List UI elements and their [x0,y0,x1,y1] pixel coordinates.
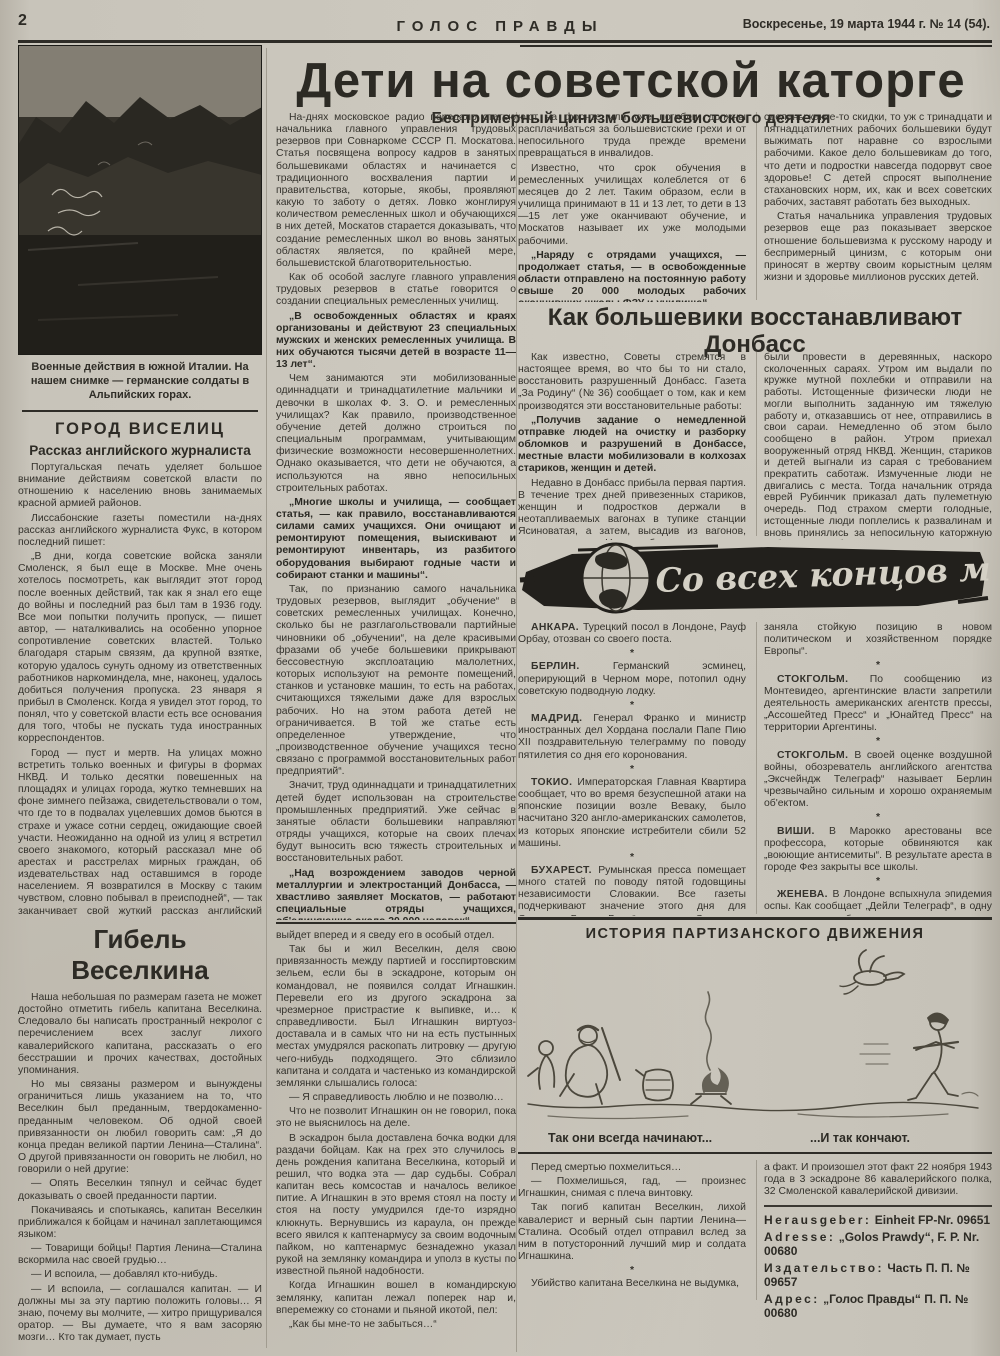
news-item: БЕРЛИН. Германский эсминец, оперирующий … [518,661,746,697]
donbass-title-line1: Как большевики восстанавливают [518,304,992,331]
news-item: МАДРИД. Генерал Франко и министр иностра… [518,713,746,762]
separator-star: * [518,1265,746,1277]
paragraph: юют на фронте или уже погибли, должны ра… [518,112,746,161]
paragraph: Так погиб капитан Веселкин, лихой кавале… [518,1202,746,1263]
page-number: 2 [18,12,27,30]
paragraph: были провести в деревянных, наскоро скол… [764,352,992,540]
paragraph: Чем занимаются эти мобилизованные одинна… [276,373,516,495]
cartoon-bottom-rule [518,1152,992,1154]
paragraph: Статья начальника управления трудовых ре… [764,211,992,284]
separator-star: * [764,736,992,748]
caption-rule [22,410,258,412]
paragraph: В эскадрон была доставлена бочка водки д… [276,1133,516,1279]
globe-icon [582,544,650,612]
imprint-rule [764,1205,992,1207]
deti-article-col-b: юют на фронте или уже погибли, должны ра… [518,112,746,302]
paragraph: а факт. И произошел этот факт 22 ноября … [764,1162,992,1198]
imprint-line: Адрес: „Голос Правды“ П. П. № 00680 [764,1292,992,1320]
news-item: ВИШИ. В Марокко арестованы все профессор… [764,826,992,875]
masthead-rule [18,40,992,43]
cartoon-title: ИСТОРИЯ ПАРТИЗАНСКОГО ДВИЖЕНИЯ [518,926,992,942]
news-item: СТОКГОЛЬМ. В своей оценке воздушной войн… [764,750,992,811]
paragraph: Как известно, Советы стремятся в настоящ… [518,352,746,413]
separator-star: * [764,660,992,672]
gorod-subtitle: Рассказ английского журналиста [18,443,262,458]
ending-col-b: а факт. И произошел этот факт 22 ноября … [764,1162,992,1352]
donbass-article: Как известно, Советы стремятся в настоящ… [518,352,992,540]
paragraph: заняла стойкую позицию в новом политичес… [764,622,992,658]
goose-icon [840,950,904,994]
column-rule [516,112,517,1352]
paragraph: „Многие школы и училища, — сообщает стат… [276,497,516,582]
imprint: Herausgeber: Einheit FP-Nr. 09651Adresse… [764,1213,992,1320]
gorod-article: Португальская печать уделяет большое вни… [18,462,262,918]
paragraph: Как об особой заслуге главного управлени… [276,272,516,308]
paragraph: Так, по признанию самого начальника труд… [276,584,516,779]
paragraph: Убийство капитана Веселкина не выдумка, [518,1278,746,1290]
ending-col-b-text: а факт. И произошел этот факт 22 ноября … [764,1162,992,1200]
gibel-title-line1: Гибель [18,924,262,955]
world-news-col-a: АНКАРА. Турецкий посол в Лондоне, Рауф О… [518,622,746,916]
gibel-article-col2: выйдет вперед и я сведу его в особый отд… [276,930,516,1354]
col-a-end-rule [276,922,516,924]
paragraph: Так бы и жил Веселкин, деля свою привяза… [276,944,516,1090]
gibel-title: Гибель Веселкина [18,924,262,986]
photo-italy [18,45,262,355]
world-news-banner: Со всех концов мира [518,540,992,618]
separator-star: * [518,852,746,864]
paragraph: Но мы связаны размером и вынуждены огран… [18,1079,262,1176]
donbass-col-b: были провести в деревянных, наскоро скол… [764,352,992,540]
separator-star: * [764,876,992,888]
newspaper-title: ГОЛОС ПРАВДЫ [300,18,700,35]
news-item: СТОКГОЛЬМ. По сообщению из Монтевидео, а… [764,674,992,735]
paragraph: — Похмелишься, гад, — произнес Игнашкин,… [518,1176,746,1200]
paragraph: Перед смертью похмелиться… [518,1162,746,1174]
paragraph: Португальская печать уделяет большое вни… [18,462,262,511]
paragraph: Известно, что срок обучения в ремесленны… [518,163,746,248]
paragraph: „Получив задание о немедленной отправке … [518,415,746,476]
newspaper-page: 2 ГОЛОС ПРАВДЫ Воскресенье, 19 марта 194… [0,0,1000,1356]
cartoon-drawing [518,944,992,1128]
world-news: АНКАРА. Турецкий посол в Лондоне, Рауф О… [518,622,992,916]
paragraph: — Опять Веселкин тяпнул и сейчас будет д… [18,1178,262,1202]
column-rule [266,48,267,1348]
news-item: ЖЕНЕВА. В Лондоне вспыхнула эпидемия осп… [764,889,992,916]
imprint-line: Herausgeber: Einheit FP-Nr. 09651 [764,1213,992,1227]
main-headline: Дети на советской каторге [270,56,992,106]
world-news-banner-art: Со всех концов мира [518,540,992,618]
paragraph: „В освобожденных областях и краях органи… [276,311,516,372]
world-news-col-b: заняла стойкую позицию в новом политичес… [764,622,992,916]
paragraph: — Я справедливость люблю и не позволю… [276,1092,516,1104]
paragraph: Лиссабонские газеты поместили на-днях ра… [18,513,262,549]
paragraph: Город — пуст и мертв. На улицах можно вс… [18,748,262,918]
separator-star: * [518,648,746,660]
paragraph: Недавно в Донбасс прибыла первая партия.… [518,478,746,540]
deti-continuation: юют на фронте или уже погибли, должны ра… [518,112,992,302]
ending-section: Перед смертью похмелиться…— Похмелишься,… [518,1162,992,1352]
gibel-article-col1: Наша небольшая по размерам газета не мож… [18,992,262,1352]
paragraph: Когда Игнашкин вошел в командирскую земл… [276,1280,516,1316]
paragraph: „В дни, когда советские войска заняли См… [18,551,262,746]
paragraph: „Наряду с отрядами учащихся, — продолжае… [518,250,746,302]
imprint-line: Adresse: „Golos Prawdy“, F. P. Nr. 00680 [764,1230,992,1258]
paragraph: — Товарищи бойцы! Партия Ленина—Сталина … [18,1243,262,1267]
separator-star: * [518,764,746,776]
donbass-col-a: Как известно, Советы стремятся в настоящ… [518,352,746,540]
separator-star: * [518,700,746,712]
imprint-line: Издательство: Часть П. П. № 09657 [764,1261,992,1289]
gibel-title-line2: Веселкина [18,955,262,986]
gorod-title: ГОРОД ВИСЕЛИЦ [18,420,262,439]
paragraph: „Как бы мне-то не забыться…“ [276,1319,516,1331]
paragraph: Наша небольшая по размерам газета не мож… [18,992,262,1077]
issue-date: Воскресенье, 19 марта 1944 г. № 14 (54). [743,17,990,31]
photo-caption: Военные действия в южной Италии. На наше… [18,360,262,402]
cartoon-caption-left: Так они всегда начинают... [548,1131,712,1145]
paragraph: выйдет вперед и я сведу его в особый отд… [276,930,516,942]
news-item: АНКАРА. Турецкий посол в Лондоне, Рауф О… [518,622,746,646]
paragraph: Покачиваясь и спотыкаясь, капитан Веселк… [18,1205,262,1241]
paragraph: „Над возрождением заводов черной металлу… [276,868,516,920]
paragraph: сделаны какие-то скидки, то уж с тринадц… [764,112,992,209]
separator-star: * [764,812,992,824]
donbass-title: Как большевики восстанавливают Донбасс [518,304,992,358]
ending-col-a: Перед смертью похмелиться…— Похмелишься,… [518,1162,746,1352]
paragraph: Что не позволит Игнашкин он не говорил, … [276,1106,516,1130]
cartoon-caption-right: ...И так кончают. [810,1131,910,1145]
news-item: ТОКИО. Императорская Главная Квартира со… [518,777,746,850]
paragraph: — И вспоила, — соглашался капитан. — И д… [18,1284,262,1345]
cartoon-top-rule [518,917,992,920]
deti-article-col-a: На-днях московское радио передало статью… [276,112,516,920]
photo-italy-image [18,45,262,355]
news-item: БУХАРЕСТ. Румынская пресса помещает мног… [518,865,746,916]
cartoon-art [518,944,992,1128]
masthead-rule-2 [520,45,992,47]
paragraph: Значит, труд одиннадцати и тринадцатилет… [276,780,516,865]
paragraph: — И вспоила, — добавлял кто-нибудь. [18,1269,262,1281]
deti-article-col-c: сделаны какие-то скидки, то уж с тринадц… [764,112,992,302]
paragraph: На-днях московское радио передало статью… [276,112,516,270]
